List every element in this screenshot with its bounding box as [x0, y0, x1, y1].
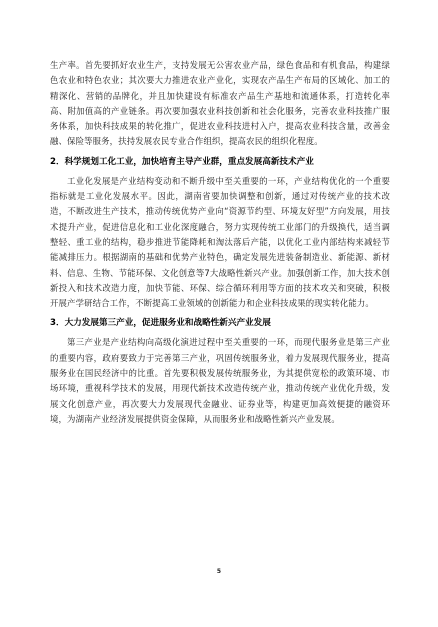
body-paragraph-2: 工业化发展是产业结构变动和不断升级中至关重要的一环，产业结构优化的一个重要指标就… — [50, 174, 390, 312]
document-page: 生产率。首先要抓好农业生产，支持发展无公害农业产品，绿色食品和有机食品，构建绿色… — [0, 0, 438, 627]
body-paragraph-3: 第三产业是产业结构向高级化演进过程中至关重要的一环，而现代服务业是第三产业的重要… — [50, 335, 390, 427]
body-paragraph-1: 生产率。首先要抓好农业生产，支持发展无公害农业产品，绿色食品和有机食品，构建绿色… — [50, 58, 390, 150]
section-heading-2: 2．科学规划工化工业，加快培育主导产业群，重点发展高新技术产业 — [50, 155, 390, 170]
page-content: 生产率。首先要抓好农业生产，支持发展无公害农业产品，绿色食品和有机食品，构建绿色… — [50, 58, 390, 427]
page-number: 5 — [0, 568, 438, 575]
section-heading-3: 3．大力发展第三产业，促进服务业和战略性新兴产业发展 — [50, 316, 390, 331]
